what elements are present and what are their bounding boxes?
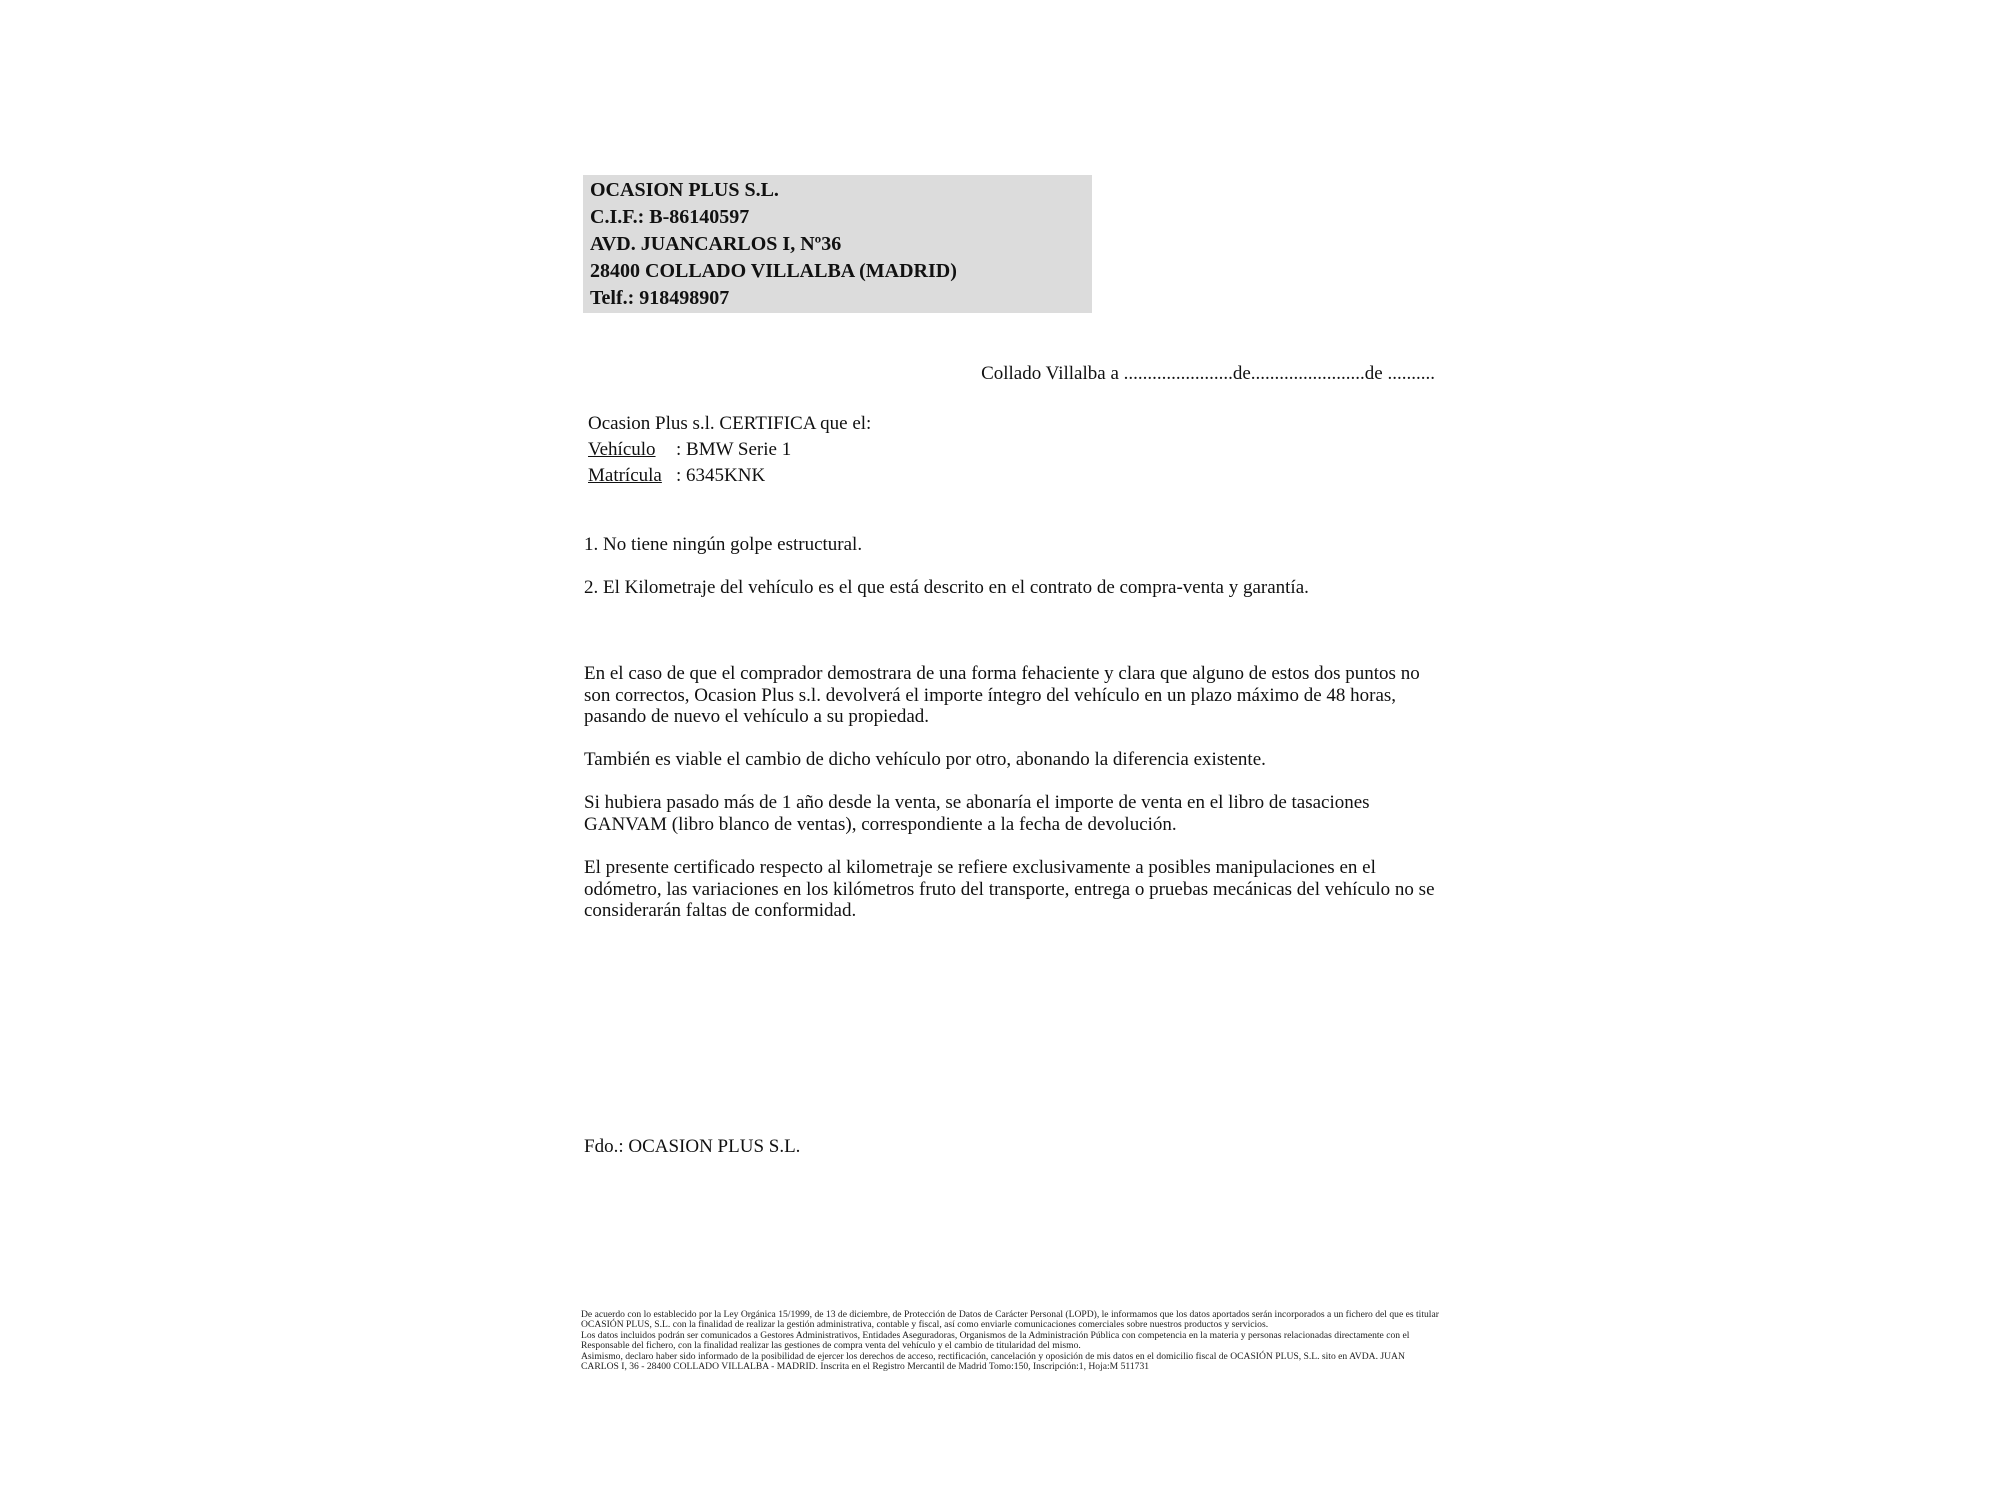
vehicle-label: Vehículo: [588, 439, 676, 461]
plate-row: Matrícula: 6345KNK: [588, 465, 765, 487]
plate-value: : 6345KNK: [676, 465, 765, 486]
mileage-paragraph: El presente certificado respecto al kilo…: [584, 857, 1444, 922]
legal-notice: De acuerdo con lo establecido por la Ley…: [581, 1310, 1461, 1372]
company-phone: Telf.: 918498907: [590, 285, 729, 312]
plate-label: Matrícula: [588, 465, 676, 487]
legal-line: CARLOS I, 36 - 28400 COLLADO VILLALBA - …: [581, 1362, 1461, 1372]
paragraph-text: También es viable el cambio de dicho veh…: [584, 749, 1444, 771]
year-paragraph: Si hubiera pasado más de 1 año desde la …: [584, 792, 1444, 835]
list-item: 1. No tiene ningún golpe estructural.: [584, 534, 862, 556]
company-cif: C.I.F.: B-86140597: [590, 204, 749, 231]
company-header-box: OCASION PLUS S.L. C.I.F.: B-86140597 AVD…: [583, 175, 1092, 313]
vehicle-value: : BMW Serie 1: [676, 439, 791, 460]
certificate-intro: Ocasion Plus s.l. CERTIFICA que el:: [588, 413, 871, 435]
paragraph-text: En el caso de que el comprador demostrar…: [584, 663, 1444, 728]
company-city: 28400 COLLADO VILLALBA (MADRID): [590, 258, 957, 285]
signature: Fdo.: OCASION PLUS S.L.: [584, 1136, 800, 1158]
company-address: AVD. JUANCARLOS I, Nº36: [590, 231, 841, 258]
company-name: OCASION PLUS S.L.: [590, 177, 779, 204]
paragraph-text: El presente certificado respecto al kilo…: [584, 857, 1444, 922]
exchange-paragraph: También es viable el cambio de dicho veh…: [584, 749, 1444, 771]
refund-paragraph: En el caso de que el comprador demostrar…: [584, 663, 1444, 728]
vehicle-row: Vehículo: BMW Serie 1: [588, 439, 791, 461]
list-item: 2. El Kilometraje del vehículo es el que…: [584, 577, 1309, 599]
date-line: Collado Villalba a .....................…: [981, 363, 1435, 385]
paragraph-text: Si hubiera pasado más de 1 año desde la …: [584, 792, 1444, 835]
